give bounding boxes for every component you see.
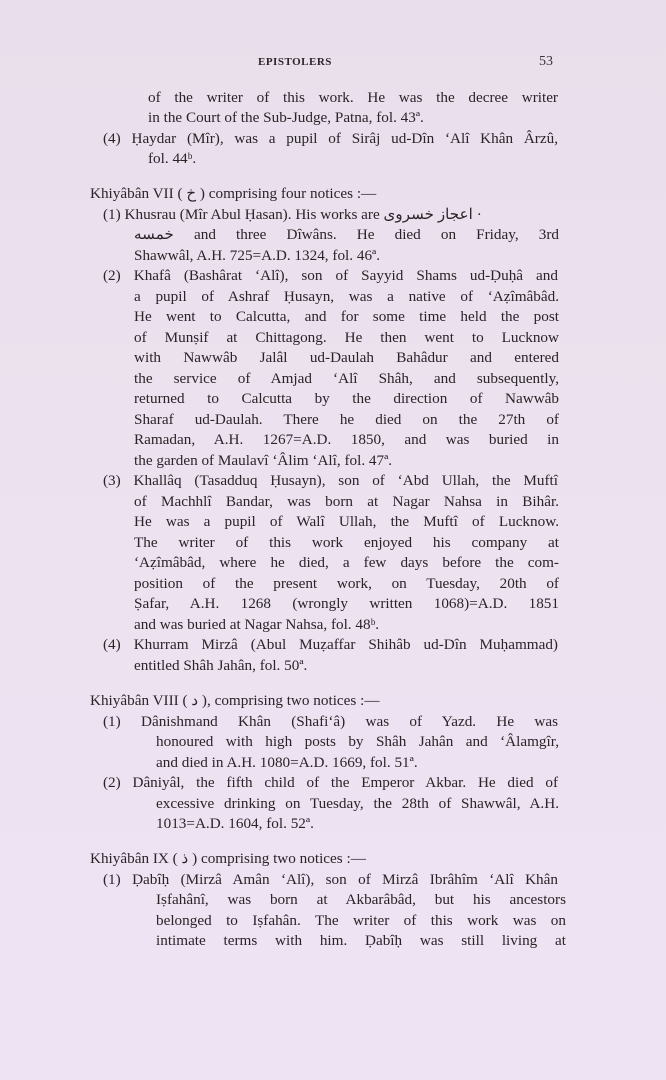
text-line: and died in A.H. 1080=A.D. 1669, fol. 51… xyxy=(156,753,418,773)
text-line: of Machhlî Bandar, was born at Nagar Nah… xyxy=(134,492,559,512)
text-line: of the writer of this work. He was the d… xyxy=(148,88,558,108)
text-line: the service of Amjad ‘Alî Shâh, and subs… xyxy=(134,369,559,389)
text-line: excessive drinking on Tuesday, the 28th … xyxy=(156,794,559,814)
text-line: Iṣfahânî, was born at Akbarâbâd, but his… xyxy=(156,890,566,910)
text-line: (2) Khafâ (Bashârat ‘Alî), son of Sayyid… xyxy=(103,266,558,286)
text-line: with Nawwâb Jalâl ud-Daulah Bahâdur and … xyxy=(134,348,559,368)
text-line: fol. 44ᵇ. xyxy=(148,149,196,169)
text-line: The writer of this work enjoyed his comp… xyxy=(134,533,559,553)
document-page: EPISTOLERS 53 of the writer of this work… xyxy=(0,0,666,1080)
text-line: (4) Ḥaydar (Mîr), was a pupil of Sirâj u… xyxy=(103,129,558,149)
text-line: intimate terms with him. Ḍabîḥ was still… xyxy=(156,931,566,951)
text-line: (1) Ḍabîḥ (Mirzâ Amân ‘Alî), son of Mirz… xyxy=(103,870,558,890)
text-line: 1013=A.D. 1604, fol. 52ª. xyxy=(156,814,314,834)
text-line: (3) Khallâq (Tasadduq Ḥusayn), son of ‘A… xyxy=(103,471,558,491)
text-line: Ṣafar, A.H. 1268 (wrongly written 1068)=… xyxy=(134,594,559,614)
text-line: belonged to Iṣfahân. The writer of this … xyxy=(156,911,566,931)
text-line: Shawwâl, A.H. 725=A.D. 1324, fol. 46ª. xyxy=(134,246,380,266)
section-heading: Khiyâbân IX ( ذ ) comprising two notices… xyxy=(90,849,366,869)
text-line: and was buried at Nagar Nahsa, fol. 48ᵇ. xyxy=(134,615,379,635)
text-line: a pupil of Ashraf Ḥusayn, was a native o… xyxy=(134,287,559,307)
text-line: position of the present work, on Tuesday… xyxy=(134,574,559,594)
text-line: Sharaf ud-Daulah. There he died on the 2… xyxy=(134,410,559,430)
text-line: He went to Calcutta, and for some time h… xyxy=(134,307,559,327)
text-line: خمسه and three Dîwâns. He died on Friday… xyxy=(134,225,559,245)
text-line: Ramadan, A.H. 1267=A.D. 1850, and was bu… xyxy=(134,430,559,450)
running-head: EPISTOLERS 53 xyxy=(0,56,666,74)
text-line: of Munṣif at Chittagong. He then went to… xyxy=(134,328,559,348)
text-line: returned to Calcutta by the direction of… xyxy=(134,389,559,409)
text-line: in the Court of the Sub-Judge, Patna, fo… xyxy=(148,108,424,128)
text-line: the garden of Maulavî ‘Âlim ‘Alî, fol. 4… xyxy=(134,451,392,471)
section-heading: Khiyâbân VIII ( د ), comprising two noti… xyxy=(90,691,380,711)
page-number: 53 xyxy=(539,54,553,70)
text-line: He was a pupil of Walî Ullah, the Muftî … xyxy=(134,512,559,532)
section-heading: Khiyâbân VII ( خ ) comprising four notic… xyxy=(90,184,376,204)
text-line: ‘Aẓîmâbâd, where he died, a few days bef… xyxy=(134,553,559,573)
text-line: (4) Khurram Mirzâ (Abul Muẓaffar Shihâb … xyxy=(103,635,558,655)
text-line: honoured with high posts by Shâh Jahân a… xyxy=(156,732,559,752)
text-line: entitled Shâh Jahân, fol. 50ª. xyxy=(134,656,307,676)
text-line: (1) Khusrau (Mîr Abul Ḥasan). His works … xyxy=(103,205,482,225)
text-line: (2) Dâniyâl, the fifth child of the Empe… xyxy=(103,773,558,793)
running-head-title: EPISTOLERS xyxy=(258,56,332,68)
text-line: (1) Dânishmand Khân (Shafi‘â) was of Yaz… xyxy=(103,712,558,732)
